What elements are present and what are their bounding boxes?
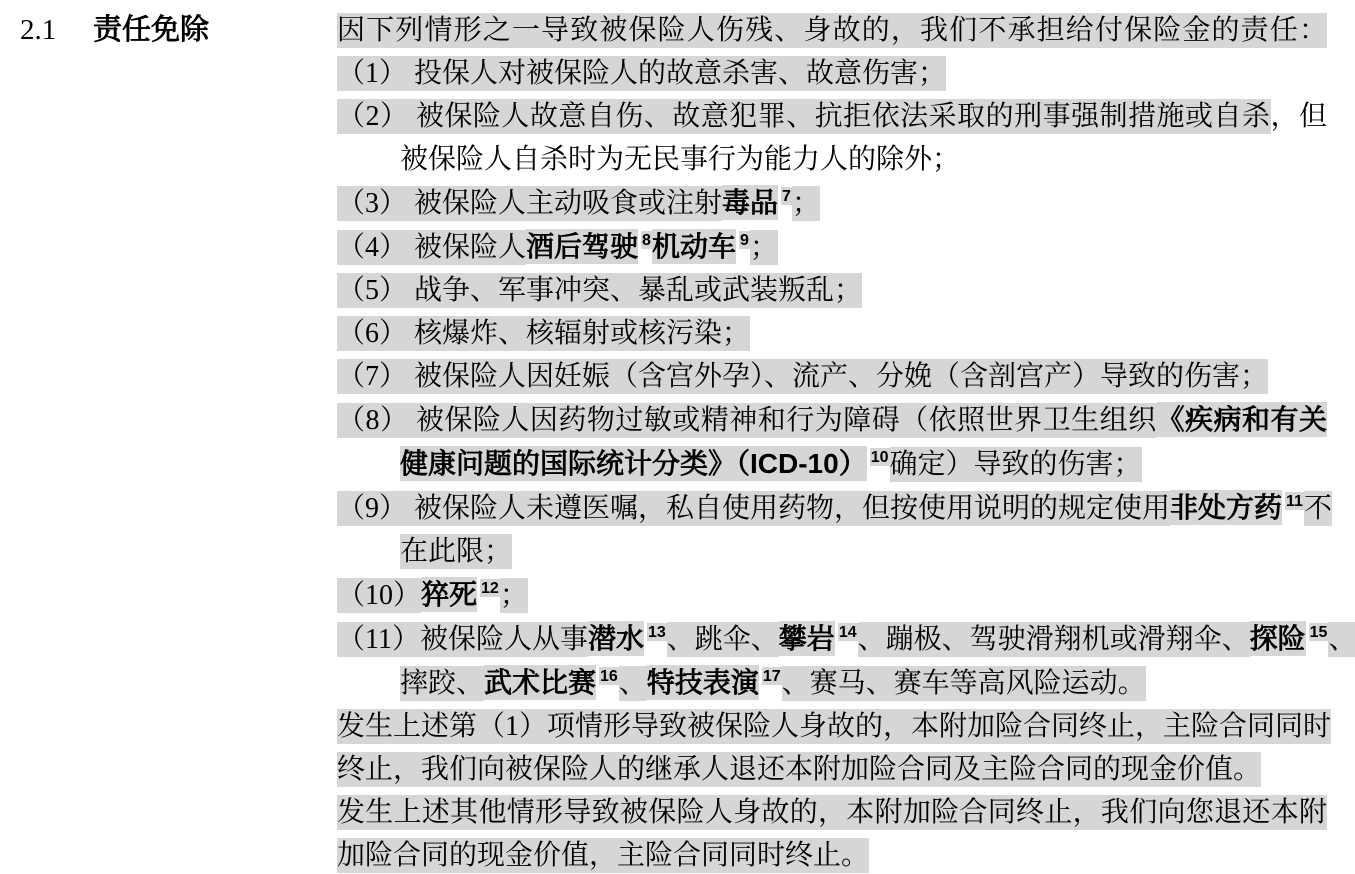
bold-term: 潜水 [588,621,644,656]
text-segment: 被保险人自杀时为无民事行为能力人的除外； [400,142,960,177]
text-line: （3） 被保险人主动吸食或注射毒品7； [337,181,1327,225]
text-segment: 加险合同的现金价值，主险合同同时终止。 [337,838,869,873]
bold-term: 特技表演 [647,665,759,700]
text-segment: 、 [1328,622,1355,657]
text-segment: ； [500,578,528,613]
footnote-ref: 9 [739,231,750,249]
text-segment: ； [792,186,820,221]
clause-content: 因下列情形之一导致被保险人伤残、身故的，我们不承担给付保险金的责任：（1） 投保… [337,9,1327,874]
bold-term: 非处方药 [1170,490,1282,525]
section-title: 责任免除 [93,14,209,46]
text-line: 摔跤、武术比赛16、特技表演17、赛马、赛车等高风险运动。 [337,661,1327,705]
text-line: （5） 战争、军事冲突、暴乱或武装叛乱； [337,269,1327,312]
text-segment: （1） 投保人对被保险人的故意杀害、故意伤害； [337,56,946,91]
footnote-ref: 13 [647,623,667,641]
footnote-ref: 8 [641,231,652,249]
text-segment: 确定）导致的伤害； [890,447,1142,482]
text-segment: 发生上述其他情形导致被保险人身故的，本附加险合同终止，我们向您退还本附 [337,795,1327,830]
text-segment: 、蹦极、驾驶滑翔机或滑翔伞、 [858,622,1250,657]
text-line: 终止，我们向被保险人的继承人退还本附加险合同及主险合同的现金价值。 [337,748,1327,791]
text-line: 在此限； [337,530,1327,573]
text-segment: 摔跤、 [400,666,484,701]
text-segment: （3） 被保险人主动吸食或注射 [337,186,722,221]
footnote-ref: 17 [762,667,782,685]
text-line: （9） 被保险人未遵医嘱，私自使用药物，但按使用说明的规定使用非处方药11不 [337,486,1327,530]
text-line: （11）被保险人从事潜水13、跳伞、攀岩14、蹦极、驾驶滑翔机或滑翔伞、探险15… [337,617,1327,661]
text-line: 发生上述第（1）项情形导致被保险人身故的，本附加险合同终止，主险合同同时 [337,705,1327,748]
text-segment: （11）被保险人从事 [337,622,588,657]
text-segment: （2） 被保险人故意自伤、故意犯罪、抗拒依法采取的刑事强制措施或自杀 [337,99,1271,134]
bold-term: 猝死 [421,577,477,612]
footnote-ref: 12 [480,579,500,597]
text-line: （6） 核爆炸、核辐射或核污染； [337,312,1327,355]
text-segment: 、跳伞、 [667,622,779,657]
text-segment: 不 [1304,491,1332,526]
bold-term: 《疾病和有关 [1157,402,1327,437]
text-segment: 因下列情形之一导致被保险人伤残、身故的，我们不承担给付保险金的责任： [337,13,1327,48]
text-segment: （6） 核爆炸、核辐射或核污染； [337,316,750,351]
text-line: （8） 被保险人因药物过敏或精神和行为障碍（依照世界卫生组织《疾病和有关 [337,398,1327,442]
footnote-ref: 14 [838,623,858,641]
text-line: （7） 被保险人因妊娠（含宫外孕）、流产、分娩（含剖宫产）导致的伤害； [337,355,1327,398]
document-page: 2.1责任免除 因下列情形之一导致被保险人伤残、身故的，我们不承担给付保险金的责… [0,0,1355,874]
text-line: （1） 投保人对被保险人的故意杀害、故意伤害； [337,52,1327,95]
bold-term: 酒后驾驶 [526,229,638,264]
text-segment: （7） 被保险人因妊娠（含宫外孕）、流产、分娩（含剖宫产）导致的伤害； [337,359,1268,394]
text-segment: （5） 战争、军事冲突、暴乱或武装叛乱； [337,273,862,308]
text-segment: （10） [337,578,421,613]
text-segment: ； [750,230,778,265]
bold-term: 毒品 [722,185,778,220]
footnote-ref: 11 [1285,492,1304,510]
bold-term: 机动车 [652,229,736,264]
section-number: 2.1 [20,9,93,52]
text-line: 发生上述其他情形导致被保险人身故的，本附加险合同终止，我们向您退还本附 [337,791,1327,834]
text-line: （4） 被保险人酒后驾驶8机动车9； [337,225,1327,269]
text-segment: （9） 被保险人未遵医嘱，私自使用药物，但按使用说明的规定使用 [337,491,1170,526]
bold-term: 攀岩 [779,621,835,656]
text-line: （10）猝死12； [337,573,1327,617]
text-segment: 在此限； [400,534,512,569]
bold-term: 探险 [1250,621,1306,656]
bold-term: 武术比赛 [484,665,596,700]
text-segment: 、赛马、赛车等高风险运动。 [782,666,1146,701]
bold-term: 健康问题的国际统计分类》（ICD-10） [400,446,867,481]
footnote-ref: 16 [599,667,619,685]
text-segment: （8） 被保险人因药物过敏或精神和行为障碍（依照世界卫生组织 [337,403,1157,438]
text-line: 健康问题的国际统计分类》（ICD-10）10确定）导致的伤害； [337,442,1327,486]
text-segment: （4） 被保险人 [337,230,526,265]
text-segment: 终止，我们向被保险人的继承人退还本附加险合同及主险合同的现金价值。 [337,752,1261,787]
section-heading: 2.1责任免除 [0,9,337,874]
footnote-ref: 7 [781,187,792,205]
clause-lines: 因下列情形之一导致被保险人伤残、身故的，我们不承担给付保险金的责任：（1） 投保… [337,9,1327,874]
footnote-ref: 10 [870,448,890,466]
text-line: （2） 被保险人故意自伤、故意犯罪、抗拒依法采取的刑事强制措施或自杀，但 [337,95,1327,138]
text-segment: 、 [619,666,647,701]
text-segment: ，但 [1271,99,1328,134]
footnote-ref: 15 [1309,623,1329,641]
text-line: 被保险人自杀时为无民事行为能力人的除外； [337,138,1327,181]
text-segment: 发生上述第（1）项情形导致被保险人身故的，本附加险合同终止，主险合同同时 [337,709,1331,744]
text-line: 加险合同的现金价值，主险合同同时终止。 [337,834,1327,874]
text-line: 因下列情形之一导致被保险人伤残、身故的，我们不承担给付保险金的责任： [337,9,1327,52]
